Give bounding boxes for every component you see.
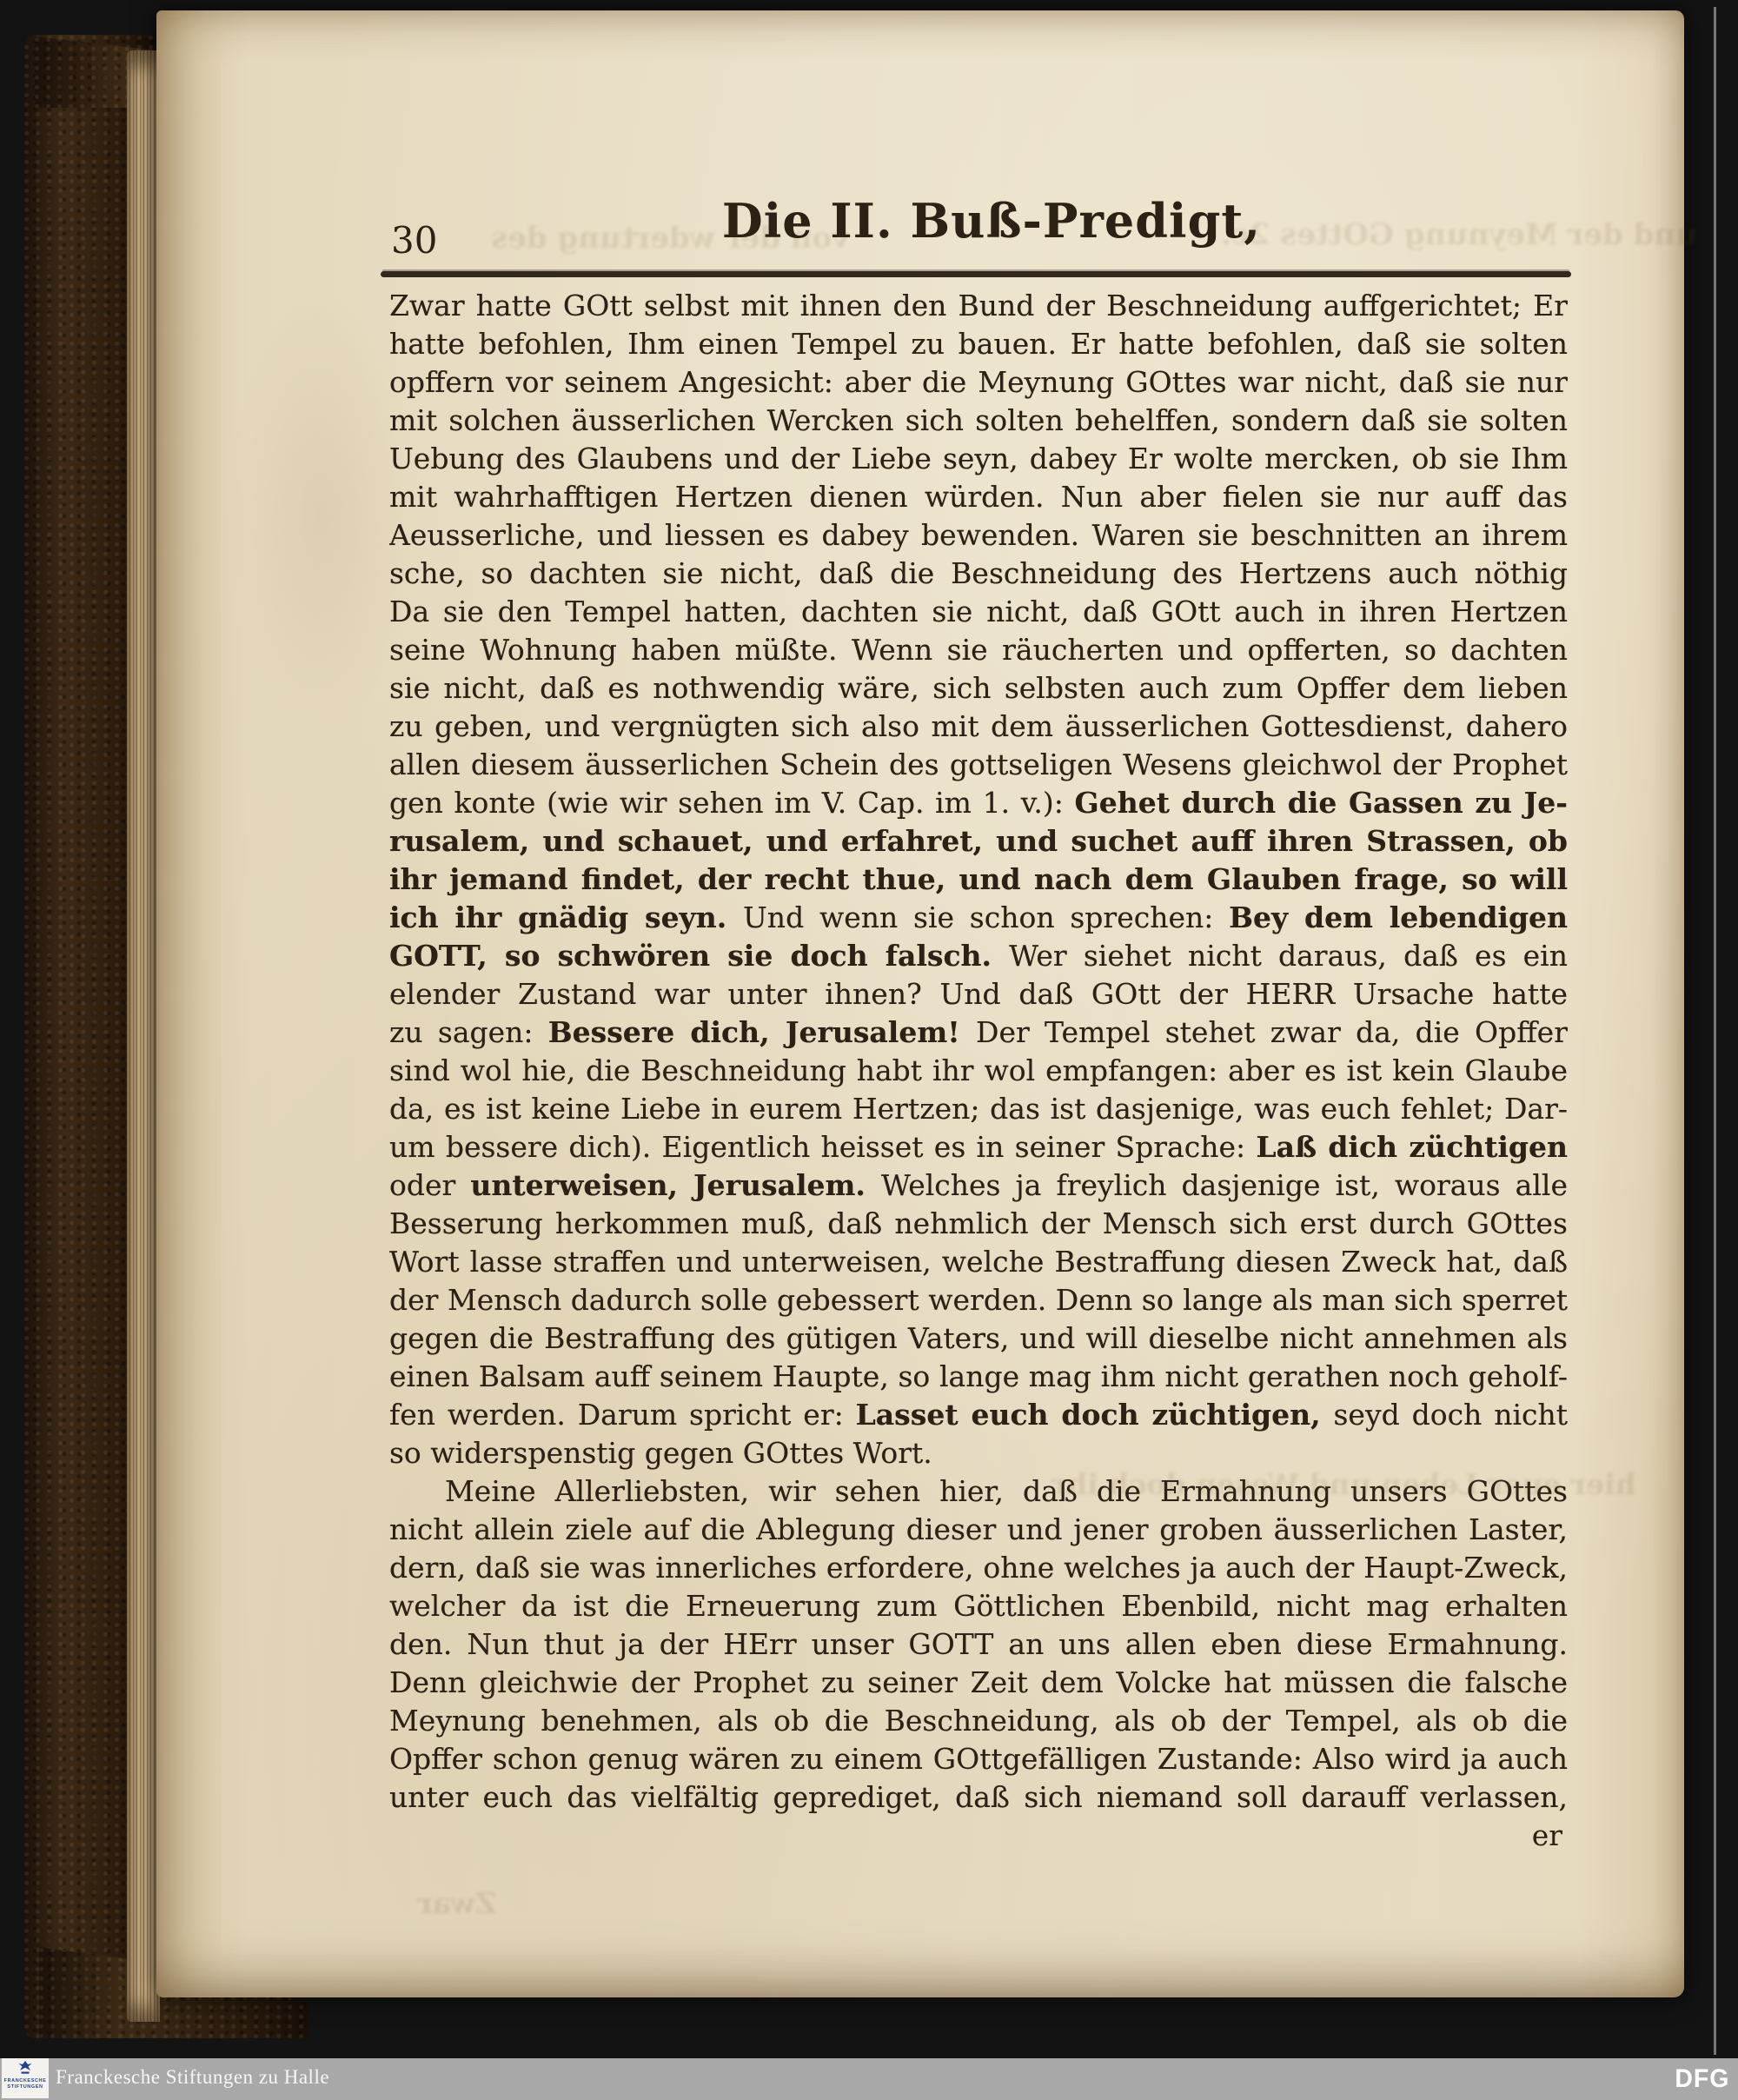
text-line: Uebung des Glaubens und der Liebe seyn, …	[389, 440, 1568, 478]
text-line: Meine Allerliebsten, wir sehen hier, daß…	[389, 1472, 1568, 1511]
text-line: nicht allein ziele auf die Ablegung dies…	[389, 1511, 1568, 1549]
text-line: oder unterweisen, Jerusalem. Welches ja …	[389, 1166, 1568, 1205]
bleedthrough-bottom: Zwar	[417, 1886, 496, 1920]
footer-bar: FRANCKESCHE STIFTUNGEN Franckesche Stift…	[0, 2058, 1738, 2100]
running-title: Die II. Buß-Predigt,	[722, 193, 1261, 249]
franckesche-stiftungen-logo: FRANCKESCHE STIFTUNGEN	[2, 2058, 49, 2098]
text-line: rusalem, und schauet, und erfahret, und …	[389, 822, 1568, 861]
text-line: sie nicht, daß es nothwendig wäre, sich …	[389, 669, 1568, 708]
text-line: da, es ist keine Liebe in eurem Hertzen;…	[389, 1090, 1568, 1128]
stacked-page-edges	[127, 50, 160, 2022]
text-line: mit wahrhafftigen Hertzen dienen würden.…	[389, 478, 1568, 516]
text-line: hatte befohlen, Ihm einen Tempel zu baue…	[389, 325, 1568, 363]
text-line: zu sagen: Bessere dich, Jerusalem! Der T…	[389, 1013, 1568, 1052]
text-line: unter euch das vielfältig geprediget, da…	[389, 1778, 1568, 1817]
text-line: so widerspenstig gegen GOttes Wort.	[389, 1434, 1568, 1472]
text-line: ich ihr gnädig seyn. Und wenn sie schon …	[389, 899, 1568, 937]
scanned-book-page: 30 von der wdertung des Die II. Buß-Pred…	[0, 0, 1738, 2100]
text-line: dern, daß sie was innerliches erfordere,…	[389, 1549, 1568, 1587]
text-line: Wort lasse straffen und unterweisen, wel…	[389, 1243, 1568, 1281]
text-line: gen konte (wie wir sehen im V. Cap. im 1…	[389, 784, 1568, 822]
text-line: Besserung herkommen muß, daß nehmlich de…	[389, 1205, 1568, 1243]
text-line: opffern vor seinem Angesicht: aber die M…	[389, 363, 1568, 402]
text-line: fen werden. Darum spricht er: Lasset euc…	[389, 1396, 1568, 1434]
paper-stain	[226, 289, 417, 741]
text-line: ihr jemand findet, der recht thue, und n…	[389, 861, 1568, 899]
text-line: sche, so dachten sie nicht, daß die Besc…	[389, 555, 1568, 593]
scan-edge-line	[1714, 7, 1716, 2055]
text-line: Opffer schon genug wären zu einem GOttge…	[389, 1740, 1568, 1778]
text-line: Aeusserliche, und liessen es dabey bewen…	[389, 516, 1568, 555]
book-page: 30 von der wdertung des Die II. Buß-Pred…	[156, 10, 1684, 1997]
header-rule	[381, 271, 1571, 277]
text-line: Zwar hatte GOtt selbst mit ihnen den Bun…	[389, 287, 1568, 325]
text-line: seine Wohnung haben müßte. Wenn sie räuc…	[389, 631, 1568, 669]
text-line: den. Nun thut ja der HErr unser GOTT an …	[389, 1625, 1568, 1664]
page-number: 30	[391, 219, 437, 262]
franckesche-stiftungen-emblem-icon	[17, 2061, 34, 2078]
text-line: sind wol hie, die Beschneidung habt ihr …	[389, 1052, 1568, 1090]
text-line: allen diesem äusserlichen Schein des got…	[389, 746, 1568, 784]
text-line: der Mensch dadurch solle gebessert werde…	[389, 1281, 1568, 1319]
bleedthrough-header-right: und der Meynung GOttes 2c.	[1221, 217, 1697, 252]
text-line: zu geben, und vergnügten sich also mit d…	[389, 708, 1568, 746]
dfg-logo: DFG	[1675, 2064, 1729, 2094]
text-line: welcher da ist die Erneuerung zum Göttli…	[389, 1587, 1568, 1625]
text-line: einen Balsam auff seinem Haupte, so lang…	[389, 1358, 1568, 1396]
text-line: Denn gleichwie der Prophet zu seiner Zei…	[389, 1664, 1568, 1702]
text-line: GOTT, so schwören sie doch falsch. Wer s…	[389, 937, 1568, 975]
text-line: gegen die Bestraffung des gütigen Vaters…	[389, 1319, 1568, 1358]
logo-text-line2: STIFTUNGEN	[7, 2084, 43, 2090]
catchword: er	[389, 1817, 1568, 1855]
text-line: um bessere dich). Eigentlich heisset es …	[389, 1128, 1568, 1166]
text-line: mit solchen äusserlichen Wercken sich so…	[389, 402, 1568, 440]
institution-name: Franckesche Stiftungen zu Halle	[56, 2066, 329, 2089]
text-line: Meynung benehmen, als ob die Beschneidun…	[389, 1702, 1568, 1740]
text-line: Da sie den Tempel hatten, dachten sie ni…	[389, 593, 1568, 631]
text-line: elender Zustand war unter ihnen? Und daß…	[389, 975, 1568, 1013]
body-text: Zwar hatte GOtt selbst mit ihnen den Bun…	[389, 287, 1568, 1855]
